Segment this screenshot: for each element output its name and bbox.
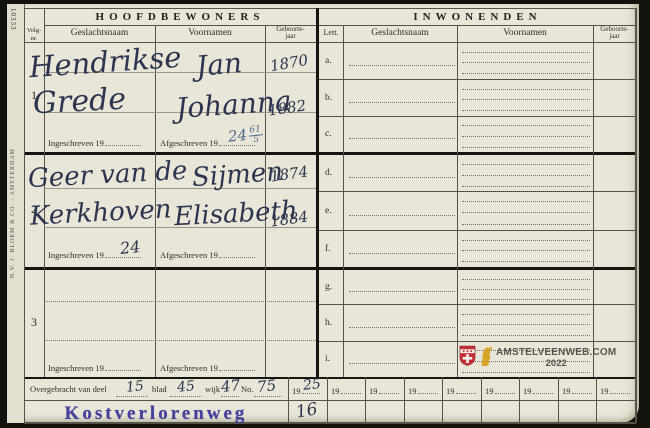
dotted-line — [462, 372, 590, 373]
inwonenden-row-b: b. — [319, 79, 636, 116]
year-column-label: 19 — [446, 386, 476, 396]
dotted-fill — [379, 386, 399, 394]
dotted-line — [349, 215, 455, 216]
rule-line — [288, 377, 289, 423]
watermark-text: AMSTELVEENWEB.COM 2022 — [496, 347, 616, 369]
dotted-line — [349, 65, 455, 66]
dotted-fill — [170, 396, 202, 397]
row-letter: a. — [325, 56, 332, 66]
section-title-hoofdbewoners: HOOFDBEWONERS — [44, 11, 316, 23]
dotted-fill — [254, 396, 282, 397]
street-name-stamp: Kostverlorenweg — [24, 403, 288, 425]
column-header-birthyear-right: Geboorte- jaar — [593, 26, 636, 41]
dotted-line — [462, 299, 590, 300]
dotted-line — [462, 110, 590, 111]
inwonenden-row-g: g. — [319, 270, 636, 304]
dotted-line — [349, 363, 455, 364]
lion-icon — [479, 344, 493, 371]
dotted-fill — [495, 386, 515, 394]
column-header-firstnames-right: Voornamen — [457, 29, 593, 39]
rule-line — [596, 377, 597, 423]
label-text: Ingeschreven 19 — [48, 250, 104, 260]
volgnr-3: 3 — [24, 315, 44, 330]
column-header-volgnr: Volg- nr. — [24, 27, 44, 43]
rule-line — [558, 377, 559, 423]
afgeschreven-year: 24 — [227, 126, 248, 146]
afgeschreven-day-month-fraction: 615 — [248, 125, 263, 145]
rule-line — [442, 377, 443, 423]
inwonenden-row-f: f. — [319, 230, 636, 267]
column-header-firstnames-left: Voornamen — [155, 29, 265, 39]
row-letter: c. — [325, 129, 332, 139]
dotted-line — [462, 240, 590, 241]
dotted-line — [349, 138, 455, 139]
rule-line — [24, 8, 636, 9]
rule-line — [404, 377, 405, 423]
dotted-line — [462, 73, 590, 74]
transfer-label-wijk: wijk — [205, 384, 220, 394]
handwritten-deel: 15 — [125, 378, 144, 396]
dotted-fill — [456, 386, 476, 394]
dotted-fill — [610, 386, 630, 394]
dotted-line — [462, 99, 590, 100]
birthyear-bottom: jaar — [593, 33, 636, 40]
fraction-bottom: 5 — [249, 135, 263, 145]
label-text: Afgeschreven 19 — [160, 363, 218, 373]
handwritten-no: 75 — [256, 376, 277, 396]
year-column-label: 19 — [485, 386, 515, 396]
dotted-line — [349, 177, 455, 178]
handwritten-ingeschreven-year: 24 — [119, 237, 141, 258]
label-text: Ingeschreven 19 — [48, 363, 104, 373]
label-text: 19 — [523, 386, 532, 396]
ingeschreven-label: Ingeschreven 19 — [48, 138, 141, 148]
dotted-line — [462, 261, 590, 262]
handwritten-surname: Grede — [32, 82, 127, 122]
dotted-line — [462, 147, 590, 148]
watermark-year: 2022 — [546, 358, 567, 369]
form-number: 10333 — [9, 8, 17, 31]
dotted-line — [462, 201, 590, 202]
handwritten-first-year: 25 — [302, 376, 321, 394]
year-column-label: 19 — [369, 386, 399, 396]
footer-separator-line — [24, 377, 636, 379]
dotted-fill — [572, 386, 592, 394]
column-header-birthyear-left: Geboorte- jaar — [265, 26, 316, 41]
transfer-label-deel: Overgebracht van deel — [30, 384, 107, 394]
label-text: 19 — [446, 386, 455, 396]
dotted-line — [462, 212, 590, 213]
inwonenden-row-e: e. — [319, 191, 636, 230]
row-letter: f. — [325, 244, 331, 254]
dotted-fill — [221, 396, 239, 397]
dotted-fill — [219, 363, 255, 371]
dotted-line — [462, 289, 590, 290]
dotted-fill — [533, 386, 553, 394]
inwonenden-row-d: d. — [319, 155, 636, 191]
label-text: 19 — [369, 386, 378, 396]
rule-line — [519, 377, 520, 423]
year-column-label: 19 — [562, 386, 592, 396]
watermark-site: AMSTELVEENWEB.COM — [496, 347, 616, 358]
label-text: Ingeschreven 19 — [48, 138, 104, 148]
dotted-fill — [341, 386, 361, 394]
dotted-line — [462, 250, 590, 251]
dotted-line — [462, 62, 590, 63]
row-letter: b. — [325, 93, 332, 103]
column-header-volgnr-top: Volg- — [27, 27, 41, 34]
year-column-label: 19 — [523, 386, 553, 396]
dotted-line — [462, 136, 590, 137]
birthyear-bottom: jaar — [265, 33, 316, 40]
dotted-line — [462, 186, 590, 187]
label-text: 19 — [331, 386, 340, 396]
dotted-line — [462, 52, 590, 53]
name-rule — [44, 340, 316, 341]
inwonenden-row-a: a. — [319, 42, 636, 79]
dotted-line — [462, 224, 590, 225]
inwonenden-row-c: c. — [319, 116, 636, 152]
column-header-surname-right: Geslachtsnaam — [343, 29, 457, 39]
dotted-line — [462, 175, 590, 176]
watermark: AMSTELVEENWEB.COM 2022 — [459, 344, 616, 371]
label-text: 19 — [600, 386, 609, 396]
year-column-label: 19 — [600, 386, 630, 396]
dotted-line — [462, 125, 590, 126]
row-letter: d. — [325, 168, 332, 178]
row-letter: g. — [325, 282, 332, 292]
row-letter: i. — [325, 354, 330, 364]
year-column-label: 19 — [331, 386, 361, 396]
label-text: Afgeschreven 19 — [160, 138, 218, 148]
dotted-line — [462, 335, 590, 336]
handwritten-firstname: Jan — [195, 46, 244, 83]
afgeschreven-label: Afgeschreven 19 — [160, 363, 255, 373]
label-text: Afgeschreven 19 — [160, 250, 218, 260]
amstelveen-shield-icon — [459, 345, 476, 371]
dotted-line — [462, 314, 590, 315]
column-header-volgnr-bottom: nr. — [31, 35, 38, 42]
rule-line — [327, 377, 328, 423]
section-title-inwonenden: INWONENDEN — [319, 11, 636, 23]
afgeschreven-label: Afgeschreven 19 — [160, 250, 255, 260]
dotted-line — [462, 89, 590, 90]
rule-line — [481, 377, 482, 423]
name-rule — [44, 301, 316, 302]
row-letter: e. — [325, 206, 332, 216]
dotted-fill — [105, 138, 141, 146]
dotted-fill — [116, 396, 148, 397]
year-column-label: 19 — [408, 386, 438, 396]
dotted-line — [349, 102, 455, 103]
dotted-line — [349, 253, 455, 254]
dotted-line — [349, 291, 455, 292]
rule-line — [365, 377, 366, 423]
dotted-line — [462, 164, 590, 165]
rule-line — [319, 25, 636, 26]
scanned-register-page: 10333 N.V. J. BLOEM & CO. - AMSTERDAM HO… — [0, 0, 650, 428]
transfer-label-no: No. — [241, 384, 254, 394]
label-text: 19 — [408, 386, 417, 396]
label-text: 19 — [292, 386, 301, 396]
row-letter: h. — [325, 318, 332, 328]
handwritten-afgeschreven-date: 24615 — [227, 124, 263, 148]
printer-imprint: N.V. J. BLOEM & CO. - AMSTERDAM — [10, 148, 16, 278]
rule-line — [24, 400, 636, 401]
column-header-lett: Lett. — [319, 29, 343, 37]
label-text: 19 — [485, 386, 494, 396]
dotted-fill — [219, 250, 255, 258]
column-header-surname-left: Geslachtsnaam — [44, 29, 155, 39]
dotted-fill — [418, 386, 438, 394]
transfer-label-blad: blad — [152, 384, 167, 394]
dotted-line — [462, 279, 590, 280]
label-text: 19 — [562, 386, 571, 396]
dotted-line — [462, 324, 590, 325]
ingeschreven-label: Ingeschreven 19 — [48, 363, 141, 373]
handwritten-house-number: 16 — [294, 399, 319, 422]
handwritten-blad: 45 — [176, 378, 195, 396]
dotted-line — [349, 327, 455, 328]
dotted-fill — [105, 363, 141, 371]
handwritten-wijk: 47 — [220, 376, 241, 396]
inwonenden-row-h: h. — [319, 304, 636, 341]
